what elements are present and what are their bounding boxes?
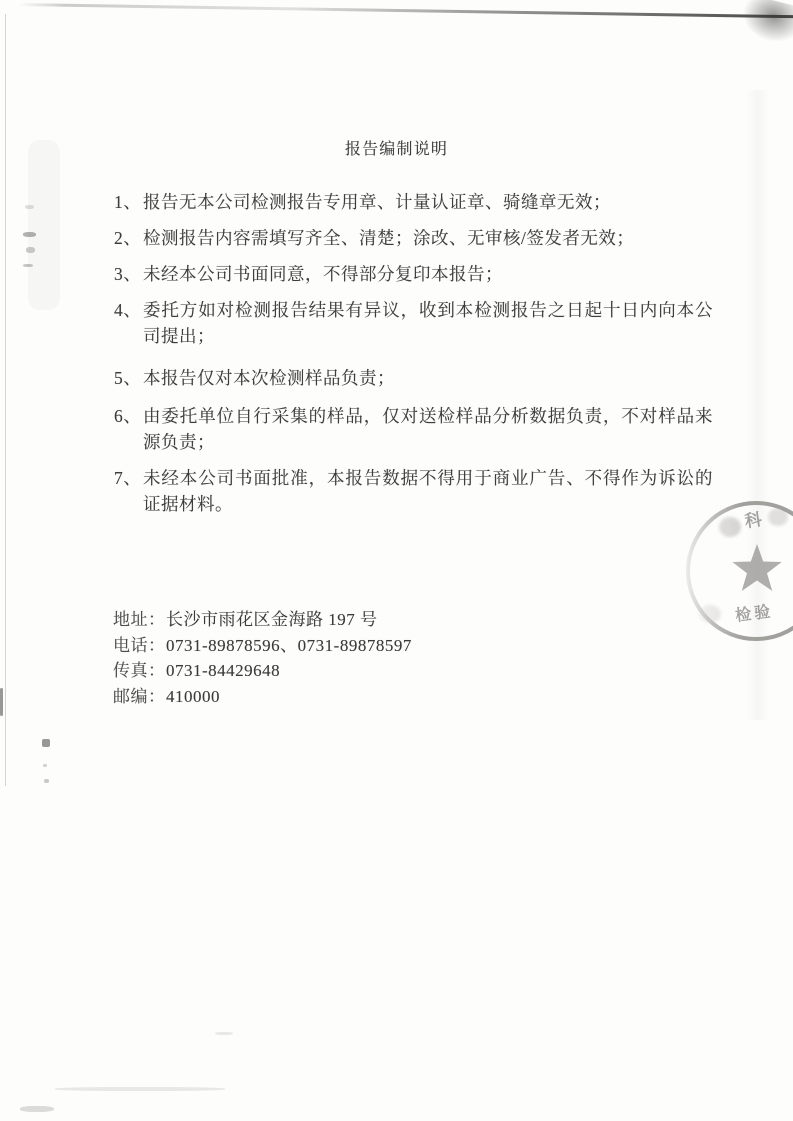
item-text: 本报告仅对本次检测样品负责；: [143, 365, 713, 391]
report-notes-list: 1、 报告无本公司检测报告专用章、计量认证章、骑缝章无效； 2、 检测报告内容需…: [114, 189, 716, 527]
list-item: 5、 本报告仅对本次检测样品负责；: [114, 365, 716, 391]
scan-speck: [25, 205, 34, 209]
company-seal-stamp: 科 检验: [680, 480, 793, 665]
page-title: 报告编制说明: [0, 136, 793, 159]
item-number: 5、: [114, 365, 143, 391]
seal-bottom-text: 检验: [734, 601, 774, 624]
item-number: 6、: [114, 403, 143, 455]
scan-artifact-left-edge: [0, 688, 3, 716]
scan-speck: [23, 264, 33, 267]
contact-value: 0731-84429648: [166, 658, 280, 684]
list-item: 6、 由委托单位自行采集的样品，仅对送检样品分析数据负责，不对样品来源负责；: [114, 403, 716, 455]
scan-artifact-top-edge: [18, 3, 793, 18]
scan-artifact-corner-smudge: [733, 0, 793, 51]
item-text: 报告无本公司检测报告专用章、计量认证章、骑缝章无效；: [143, 189, 713, 215]
item-number: 1、: [114, 189, 143, 215]
item-text: 检测报告内容需填写齐全、清楚；涂改、无审核/签发者无效；: [143, 225, 713, 251]
contact-label: 邮编：: [113, 684, 166, 710]
seal-star-icon: [732, 544, 781, 591]
scan-speck: [42, 739, 50, 747]
contact-row-phone: 电话： 0731-89878596、0731-89878597: [113, 633, 412, 659]
contact-label: 地址：: [113, 607, 166, 633]
scan-artifact-left-line: [5, 14, 6, 786]
scan-speck: [43, 764, 47, 767]
scan-speck: [20, 1106, 54, 1112]
contact-value: 410000: [166, 684, 220, 710]
item-text: 委托方如对检测报告结果有异议，收到本检测报告之日起十日内向本公司提出；: [143, 297, 713, 349]
contact-label: 电话：: [113, 633, 166, 659]
item-number: 3、: [114, 261, 143, 287]
seal-smudge: [768, 508, 788, 526]
item-text: 由委托单位自行采集的样品，仅对送检样品分析数据负责，不对样品来源负责；: [143, 403, 713, 455]
contact-value: 0731-89878596、0731-89878597: [166, 633, 412, 659]
contact-row-address: 地址： 长沙市雨花区金海路 197 号: [113, 607, 412, 633]
scan-speck: [23, 232, 36, 237]
scan-speck: [26, 247, 35, 253]
list-item: 3、 未经本公司书面同意，不得部分复印本报告；: [114, 261, 716, 287]
scan-speck: [55, 1087, 225, 1091]
list-item: 4、 委托方如对检测报告结果有异议，收到本检测报告之日起十日内向本公司提出；: [114, 297, 716, 349]
contact-row-fax: 传真： 0731-84429648: [113, 658, 412, 684]
item-number: 4、: [114, 297, 143, 349]
scan-artifact-shade: [28, 140, 60, 310]
seal-top-text: 科: [743, 509, 764, 532]
item-text: 未经本公司书面批准，本报告数据不得用于商业广告、不得作为诉讼的证据材料。: [143, 465, 713, 517]
contact-label: 传真：: [113, 658, 166, 684]
scanned-report-page: { "document": { "title": "报告编制说明", "item…: [0, 0, 793, 1121]
item-number: 7、: [114, 465, 143, 517]
scan-speck: [215, 1032, 233, 1035]
seal-smudge: [699, 605, 721, 623]
list-item: 1、 报告无本公司检测报告专用章、计量认证章、骑缝章无效；: [114, 189, 716, 215]
scan-speck: [44, 779, 49, 783]
contact-value: 长沙市雨花区金海路 197 号: [166, 607, 378, 633]
item-number: 2、: [114, 225, 143, 251]
seal-smudge: [719, 517, 741, 537]
contact-row-postcode: 邮编： 410000: [113, 684, 412, 710]
item-text: 未经本公司书面同意，不得部分复印本报告；: [143, 261, 713, 287]
contact-block: 地址： 长沙市雨花区金海路 197 号 电话： 0731-89878596、07…: [113, 607, 412, 709]
list-item: 2、 检测报告内容需填写齐全、清楚；涂改、无审核/签发者无效；: [114, 225, 716, 251]
list-item: 7、 未经本公司书面批准，本报告数据不得用于商业广告、不得作为诉讼的证据材料。: [114, 465, 716, 517]
